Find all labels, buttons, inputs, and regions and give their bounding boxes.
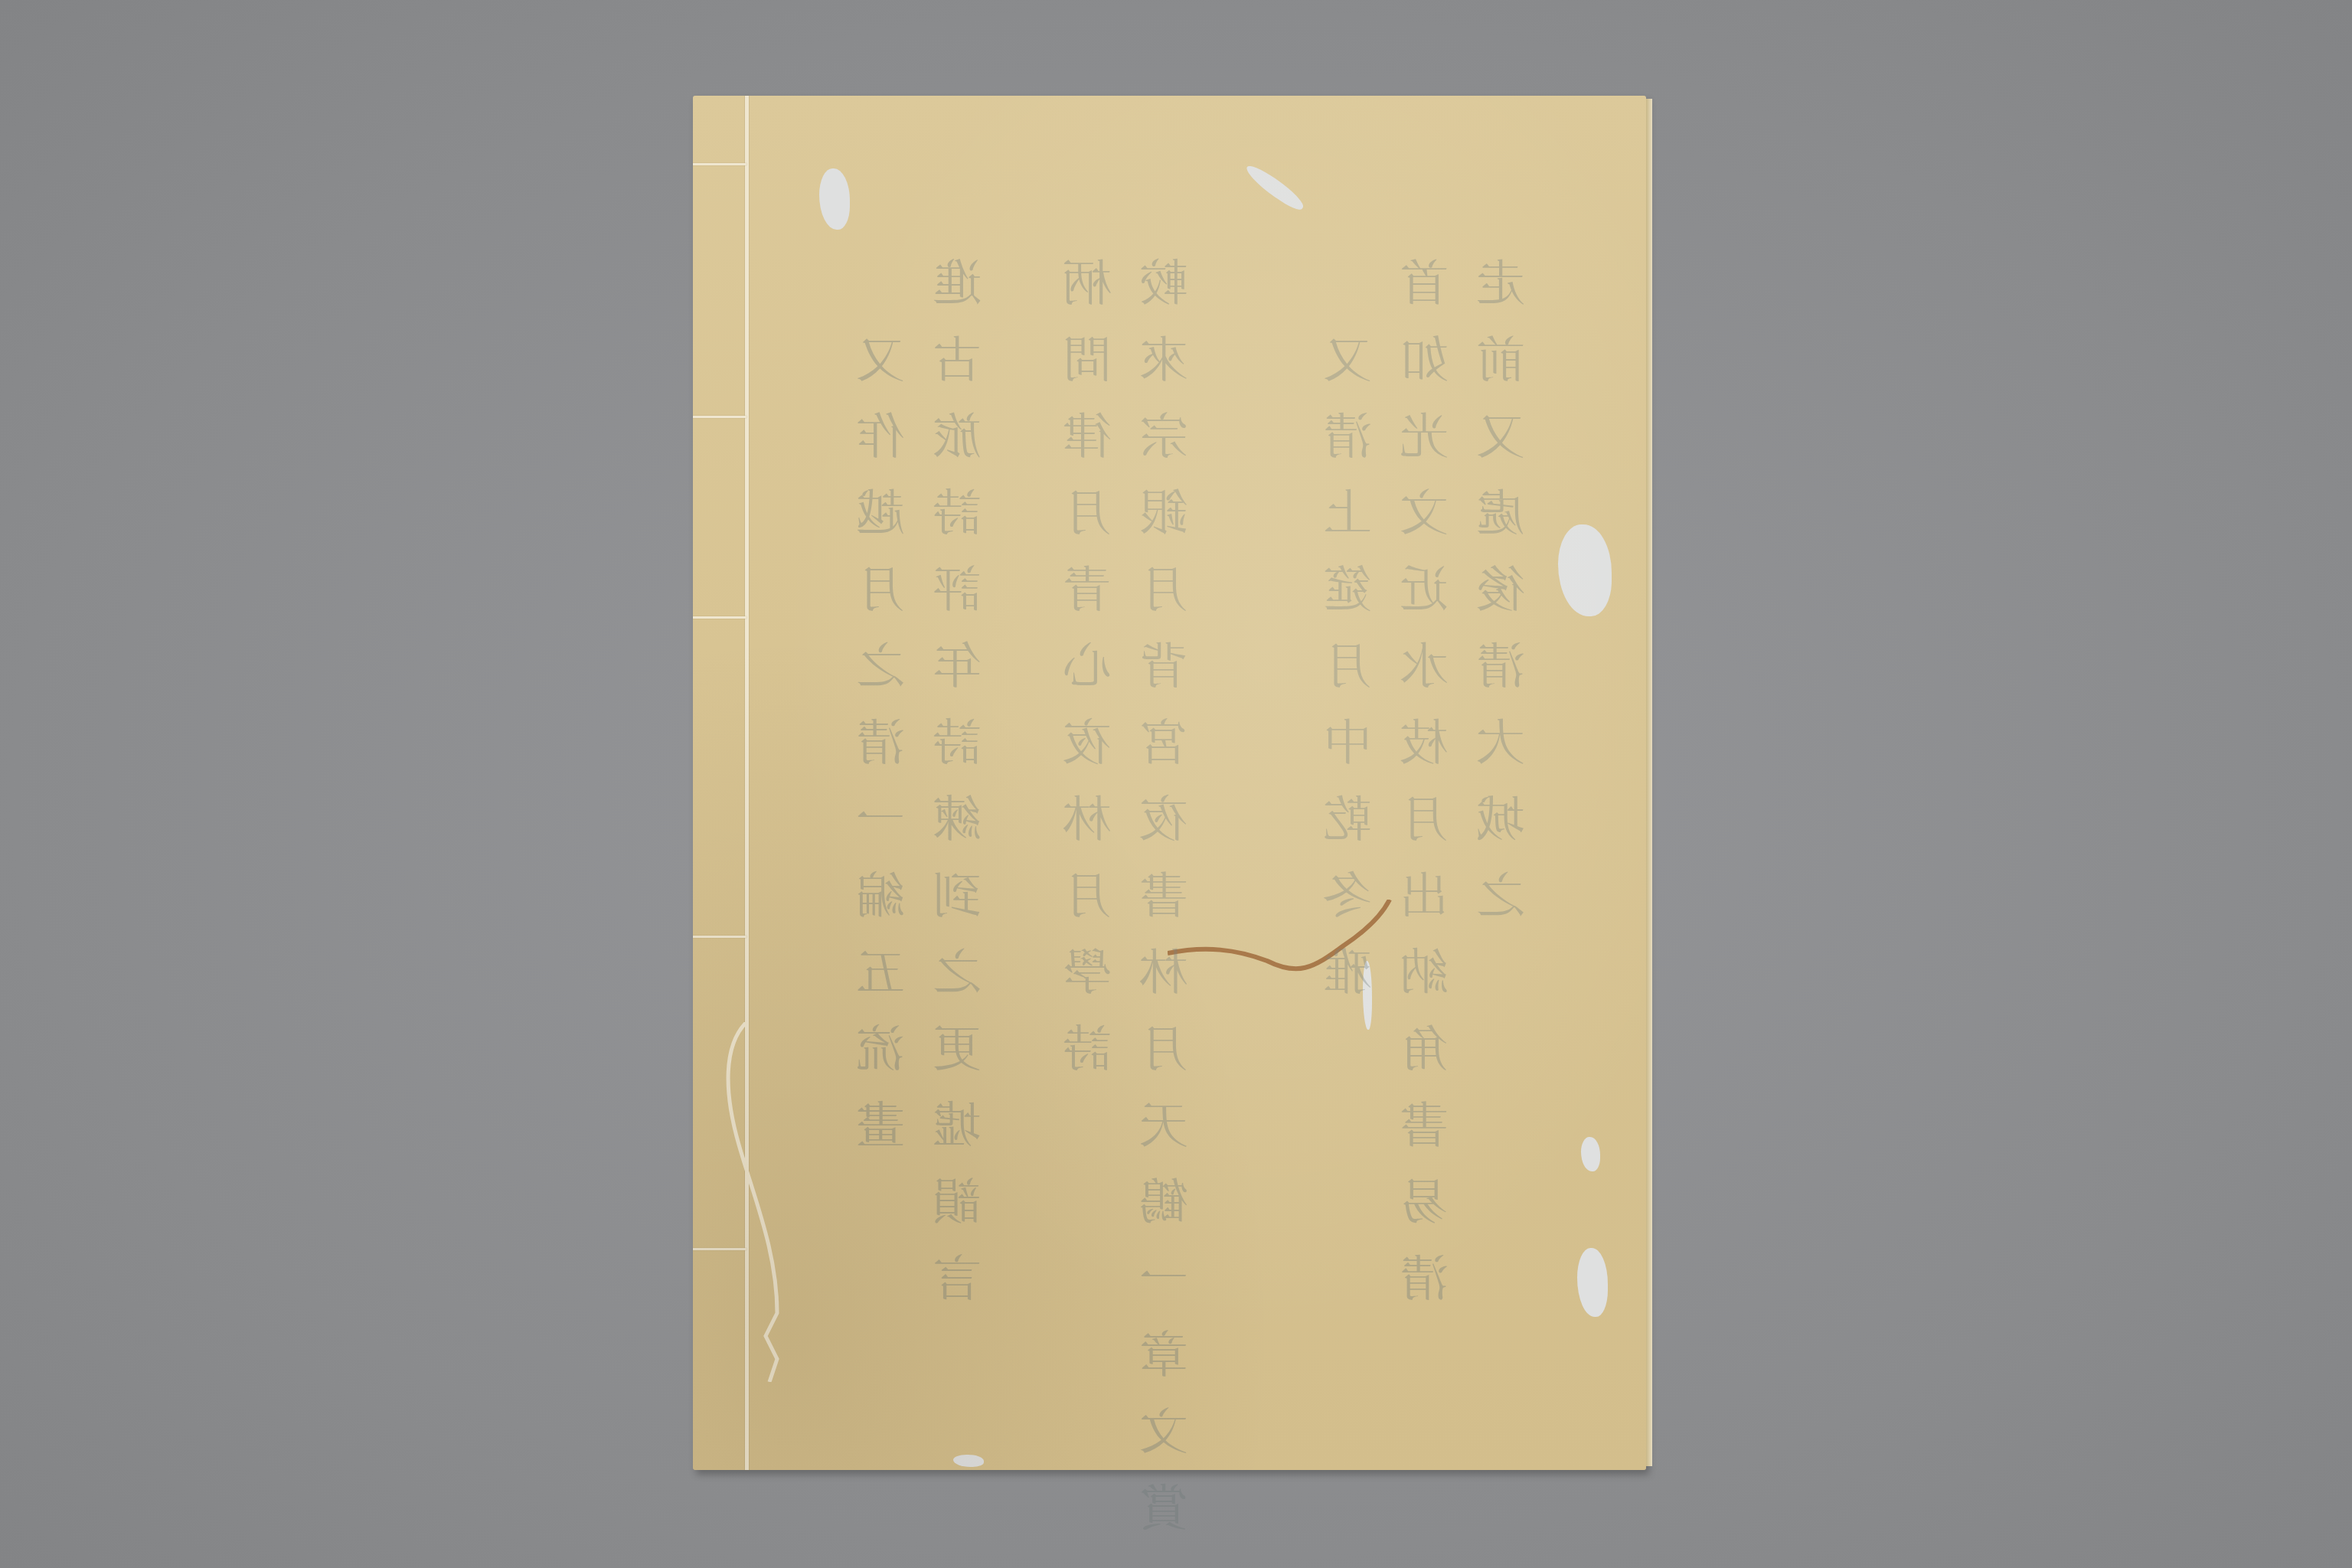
bleed-through-column: 首如光文近水枝月出納角書易清 — [1390, 253, 1459, 1311]
bleed-through-glyph: 之 — [856, 635, 905, 698]
book-page: 走前又處後清大城之 首如光文近水枝月出納角書易清 又清上筵月中乾冬雅 較來宗銀月… — [693, 96, 1646, 1470]
bleed-through-glyph: 水 — [1400, 635, 1449, 698]
bleed-through-column: 柄問律月青心夜林月學詩 — [1053, 253, 1122, 1081]
bleed-through-glyph: 練 — [933, 789, 982, 851]
bleed-through-glyph: 夜 — [1139, 789, 1188, 851]
bleed-through-glyph: 五 — [856, 942, 905, 1004]
bleed-through-glyph: 清 — [856, 712, 905, 775]
bleed-through-glyph: 之 — [933, 942, 982, 1004]
bleed-through-glyph: 夜 — [1063, 712, 1112, 775]
bleed-through-column: 又作越月之清一編五流畫 — [846, 329, 915, 1158]
paper-damage — [819, 168, 850, 230]
bleed-through-glyph: 清 — [1400, 1248, 1449, 1311]
bleed-through-glyph: 清 — [1323, 406, 1372, 469]
binding-thread-bottom — [693, 1248, 746, 1250]
bleed-through-glyph: 評 — [933, 559, 982, 622]
bleed-through-glyph: 墟 — [933, 1095, 982, 1158]
bleed-through-column: 較來宗銀月背宮夜書林月天鶴一章文賞 — [1129, 253, 1198, 1540]
binding-thread-lower — [693, 936, 746, 938]
bleed-through-glyph: 納 — [1400, 942, 1449, 1004]
bleed-through-glyph: 年 — [933, 635, 982, 698]
binding-thread-top — [693, 163, 746, 165]
bleed-through-glyph: 月 — [856, 559, 905, 622]
bleed-through-glyph: 青 — [1063, 559, 1112, 622]
bleed-through-glyph: 乾 — [1323, 789, 1372, 851]
bleed-through-glyph: 月 — [1139, 559, 1188, 622]
bleed-through-glyph: 銀 — [1139, 482, 1188, 545]
bleed-through-glyph: 流 — [856, 1018, 905, 1081]
bleed-through-glyph: 文 — [1139, 1401, 1188, 1464]
bleed-through-glyph: 書 — [1139, 865, 1188, 928]
bleed-through-glyph: 章 — [1139, 1325, 1188, 1387]
bleed-through-glyph: 一 — [1139, 1248, 1188, 1311]
bleed-through-glyph: 筵 — [1323, 559, 1372, 622]
bleed-through-glyph: 光 — [1400, 406, 1449, 469]
bleed-through-glyph: 律 — [1063, 406, 1112, 469]
bleed-through-column: 進古旅詩評年詩練到之更墟韻言 — [923, 253, 991, 1311]
bleed-through-glyph: 月 — [1063, 865, 1112, 928]
bleed-through-glyph: 月 — [1400, 789, 1449, 851]
bleed-through-glyph: 書 — [1400, 1095, 1449, 1158]
bleed-through-glyph: 月 — [1139, 1018, 1188, 1081]
bleed-through-glyph: 背 — [1139, 635, 1188, 698]
bleed-through-glyph: 進 — [933, 253, 982, 315]
bleed-through-glyph: 詩 — [933, 712, 982, 775]
bleed-through-glyph: 雅 — [1323, 942, 1372, 1004]
bleed-through-glyph: 賞 — [1139, 1478, 1188, 1540]
loose-thread-curve — [724, 1022, 785, 1382]
bleed-through-glyph: 鶴 — [1139, 1171, 1188, 1234]
bleed-through-glyph: 宮 — [1139, 712, 1188, 775]
bleed-through-glyph: 角 — [1400, 1018, 1449, 1081]
bleed-through-glyph: 如 — [1400, 329, 1449, 392]
paper-damage — [1558, 524, 1612, 616]
bleed-through-glyph: 畫 — [856, 1095, 905, 1158]
bleed-through-glyph: 天 — [1139, 1095, 1188, 1158]
bleed-through-glyph: 易 — [1400, 1171, 1449, 1234]
bleed-through-glyph: 古 — [933, 329, 982, 392]
paper-damage — [1581, 1137, 1600, 1171]
bleed-through-glyph: 林 — [1063, 789, 1112, 851]
bleed-through-glyph: 城 — [1476, 789, 1525, 851]
bleed-through-glyph: 月 — [1323, 635, 1372, 698]
binding-thread-lower-middle — [693, 616, 746, 619]
bleed-through-glyph: 又 — [856, 329, 905, 392]
bleed-through-glyph: 近 — [1400, 559, 1449, 622]
bleed-through-glyph: 月 — [1063, 482, 1112, 545]
bleed-through-glyph: 又 — [1476, 406, 1525, 469]
bleed-through-glyph: 上 — [1323, 482, 1372, 545]
bleed-through-glyph: 編 — [856, 865, 905, 928]
bleed-through-glyph: 心 — [1063, 635, 1112, 698]
bleed-through-glyph: 言 — [933, 1248, 982, 1311]
bleed-through-glyph: 作 — [856, 406, 905, 469]
bleed-through-glyph: 出 — [1400, 865, 1449, 928]
bleed-through-glyph: 柄 — [1063, 253, 1112, 315]
bleed-through-glyph: 問 — [1063, 329, 1112, 392]
bleed-through-glyph: 較 — [1139, 253, 1188, 315]
bleed-through-column: 又清上筵月中乾冬雅 — [1313, 329, 1382, 1004]
bleed-through-glyph: 到 — [933, 865, 982, 928]
paper-damage — [1577, 1248, 1608, 1317]
bleed-through-glyph: 文 — [1400, 482, 1449, 545]
bleed-through-glyph: 韻 — [933, 1171, 982, 1234]
page-edges — [1646, 99, 1652, 1466]
bleed-through-glyph: 更 — [933, 1018, 982, 1081]
paper-damage — [1363, 961, 1372, 1030]
bleed-through-glyph: 來 — [1139, 329, 1188, 392]
bleed-through-glyph: 旅 — [933, 406, 982, 469]
bleed-through-glyph: 林 — [1139, 942, 1188, 1004]
bleed-through-glyph: 詩 — [933, 482, 982, 545]
bleed-through-glyph: 首 — [1400, 253, 1449, 315]
bleed-through-glyph: 冬 — [1323, 865, 1372, 928]
bleed-through-glyph: 前 — [1476, 329, 1525, 392]
bleed-through-glyph: 枝 — [1400, 712, 1449, 775]
bleed-through-glyph: 大 — [1476, 712, 1525, 775]
bleed-through-glyph: 越 — [856, 482, 905, 545]
bleed-through-glyph: 詩 — [1063, 1018, 1112, 1081]
bleed-through-glyph: 一 — [856, 789, 905, 851]
bleed-through-glyph: 清 — [1476, 635, 1525, 698]
rust-stain — [1168, 900, 1428, 1037]
bleed-through-glyph: 中 — [1323, 712, 1372, 775]
bleed-through-glyph: 走 — [1476, 253, 1525, 315]
bleed-through-glyph: 之 — [1476, 865, 1525, 928]
bleed-through-glyph: 處 — [1476, 482, 1525, 545]
bleed-through-glyph: 學 — [1063, 942, 1112, 1004]
paper-damage — [953, 1455, 984, 1467]
bleed-through-glyph: 後 — [1476, 559, 1525, 622]
bleed-through-column: 走前又處後清大城之 — [1466, 253, 1535, 928]
bleed-through-glyph: 又 — [1323, 329, 1372, 392]
binding-thread-upper-middle — [693, 416, 746, 418]
binding-thread-vertical — [745, 96, 749, 1470]
paper-damage — [1242, 162, 1307, 214]
bleed-through-glyph: 宗 — [1139, 406, 1188, 469]
